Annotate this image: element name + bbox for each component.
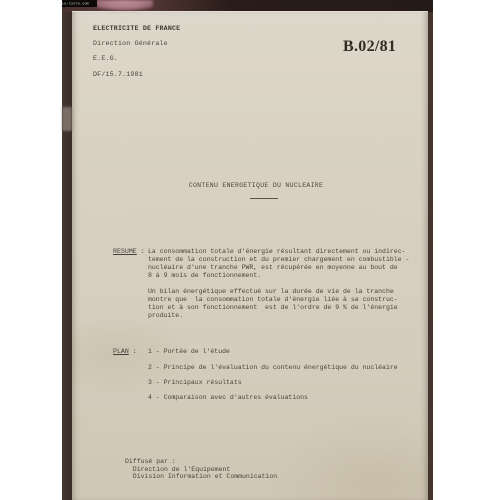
resume-paragraph-1: La consommation totale d'énergie résulta… [148, 248, 418, 280]
plan-item-2: 2 - Principe de l'évaluation du contenu … [148, 364, 398, 371]
left-edge-notch [62, 107, 72, 131]
distribution-footer: Diffusé par : Direction de l'Equipement … [125, 458, 277, 481]
plan-section-label: PLAN : [113, 348, 137, 355]
document-photo: ELECTRICITE DE FRANCE Direction Générale… [62, 0, 433, 500]
resume-section-label: RESUME : [113, 248, 145, 255]
pink-object-blur [95, 0, 153, 10]
unit-line: E.E.G. [93, 55, 118, 62]
plan-item-3: 3 - Principaux résultats [148, 379, 242, 386]
department-line: Direction Générale [93, 40, 168, 47]
plan-item-1: 1 - Portée de l'étude [148, 348, 230, 355]
organization-name: ELECTRICITE DE FRANCE [93, 25, 180, 32]
plan-item-4: 4 - Comparaison avec d'autres évaluation… [148, 394, 308, 401]
seller-watermark-label: Le-livre.com [62, 0, 97, 7]
document-page: ELECTRICITE DE FRANCE Direction Générale… [72, 11, 428, 500]
resume-paragraph-2: Un bilan énergétique effectué sur la dur… [148, 288, 418, 320]
title-underline-rule [250, 198, 278, 199]
reference-date-line: DF/15.7.1981 [93, 71, 143, 78]
document-title: CONTENU ENERGETIQUE DU NUCLEAIRE [72, 182, 428, 189]
document-reference-number: B.02/81 [343, 38, 396, 56]
letterhead: ELECTRICITE DE FRANCE Direction Générale… [93, 25, 180, 78]
